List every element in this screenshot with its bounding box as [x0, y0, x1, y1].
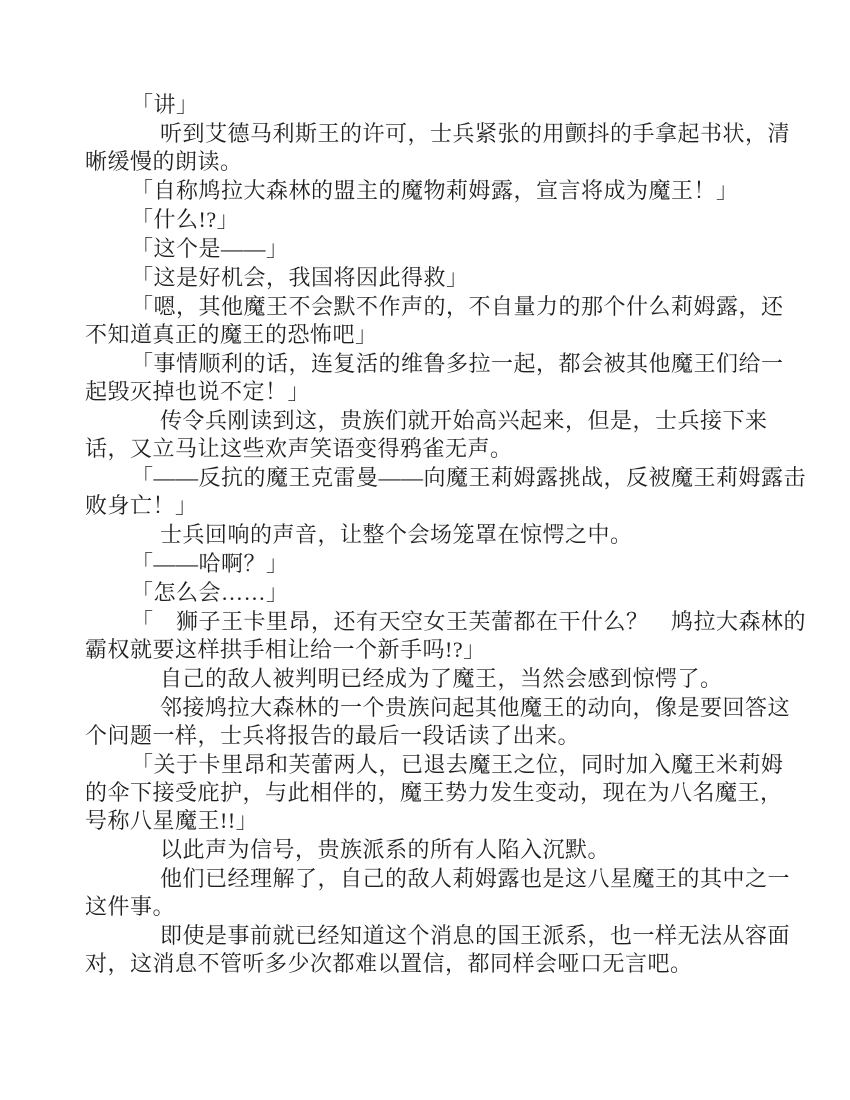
paragraph: 「事情顺利的话，连复活的维鲁多拉一起，都会被其他魔王们给一起毁灭掉也说不定！」 [85, 350, 777, 406]
novel-page: 「讲」听到艾德马利斯王的许可，士兵紧张的用颤抖的手拿起书状，清晰缓慢的朗读。「自… [0, 0, 850, 1100]
paragraph: 他们已经理解了，自己的敌人莉姆露也是这八星魔王的其中之一这件事。 [85, 865, 777, 921]
paragraph: 自己的敌人被判明已经成为了魔王，当然会感到惊愕了。 [85, 665, 777, 693]
paragraph: 「这是好机会，我国将因此得救」 [85, 264, 777, 292]
text-line: 不知道真正的魔王的恐怖吧」 [85, 321, 777, 349]
text-line: 听到艾德马利斯王的许可，士兵紧张的用颤抖的手拿起书状，清 [85, 120, 777, 148]
text-line: 「事情顺利的话，连复活的维鲁多拉一起，都会被其他魔王们给一 [85, 350, 777, 378]
text-line: 「自称鸠拉大森林的盟主的魔物莉姆露，宣言将成为魔王！」 [85, 177, 777, 205]
paragraph: 「自称鸠拉大森林的盟主的魔物莉姆露，宣言将成为魔王！」 [85, 177, 777, 205]
text-line: 对，这消息不管听多少次都难以置信，都同样会哑口无言吧。 [85, 950, 777, 978]
text-line: 「——反抗的魔王克雷曼——向魔王莉姆露挑战，反被魔王莉姆露击 [85, 464, 777, 492]
paragraph: 士兵回响的声音，让整个会场笼罩在惊愕之中。 [85, 521, 777, 549]
text-line: 自己的敌人被判明已经成为了魔王，当然会感到惊愕了。 [85, 665, 777, 693]
paragraph: 即使是事前就已经知道这个消息的国王派系，也一样无法从容面对，这消息不管听多少次都… [85, 922, 777, 978]
text-line: 他们已经理解了，自己的敌人莉姆露也是这八星魔王的其中之一 [85, 865, 777, 893]
paragraph: 「——反抗的魔王克雷曼——向魔王莉姆露挑战，反被魔王莉姆露击败身亡！」 [85, 464, 777, 520]
paragraph: 邻接鸠拉大森林的一个贵族问起其他魔王的动向，像是要回答这个问题一样，士兵将报告的… [85, 694, 777, 750]
text-line: 「——哈啊？」 [85, 550, 777, 578]
text-line: 个问题一样，士兵将报告的最后一段话读了出来。 [85, 722, 777, 750]
text-line: 号称八星魔王!!」 [85, 807, 777, 835]
text-line: 「怎么会……」 [85, 579, 777, 607]
text-line: 晰缓慢的朗读。 [85, 148, 777, 176]
text-line: 话，又立马让这些欢声笑语变得鸦雀无声。 [85, 435, 777, 463]
text-line: 「这是好机会，我国将因此得救」 [85, 264, 777, 292]
text-line: 士兵回响的声音，让整个会场笼罩在惊愕之中。 [85, 521, 777, 549]
paragraph: 「讲」 [85, 91, 777, 119]
text-line: 「这个是——」 [85, 235, 777, 263]
text-line: 「嗯，其他魔王不会默不作声的，不自量力的那个什么莉姆露，还 [85, 293, 777, 321]
text-line: 败身亡！」 [85, 492, 777, 520]
paragraph: 「关于卡里昂和芙蕾两人，已退去魔王之位，同时加入魔王米莉姆的伞下接受庇护，与此相… [85, 751, 777, 835]
text-body: 「讲」听到艾德马利斯王的许可，士兵紧张的用颤抖的手拿起书状，清晰缓慢的朗读。「自… [85, 91, 777, 979]
paragraph: 「什么!?」 [85, 206, 777, 234]
text-line: 以此声为信号，贵族派系的所有人陷入沉默。 [85, 836, 777, 864]
text-line: 这件事。 [85, 893, 777, 921]
text-line: 霸权就要这样拱手相让给一个新手吗!?」 [85, 636, 777, 664]
paragraph: 听到艾德马利斯王的许可，士兵紧张的用颤抖的手拿起书状，清晰缓慢的朗读。 [85, 120, 777, 176]
text-line: 传令兵刚读到这，贵族们就开始高兴起来，但是，士兵接下来 [85, 407, 777, 435]
text-line: 「 狮子王卡里昂，还有天空女王芙蕾都在干什么？ 鸠拉大森林的 [85, 608, 777, 636]
text-line: 起毁灭掉也说不定！」 [85, 378, 777, 406]
text-line: 即使是事前就已经知道这个消息的国王派系，也一样无法从容面 [85, 922, 777, 950]
paragraph: 「——哈啊？」 [85, 550, 777, 578]
paragraph: 传令兵刚读到这，贵族们就开始高兴起来，但是，士兵接下来话，又立马让这些欢声笑语变… [85, 407, 777, 463]
document-page: { "page": { "background_color": "#ffffff… [0, 0, 850, 1100]
paragraph: 「嗯，其他魔王不会默不作声的，不自量力的那个什么莉姆露，还不知道真正的魔王的恐怖… [85, 293, 777, 349]
text-line: 「什么!?」 [85, 206, 777, 234]
text-line: 「关于卡里昂和芙蕾两人，已退去魔王之位，同时加入魔王米莉姆 [85, 751, 777, 779]
paragraph: 以此声为信号，贵族派系的所有人陷入沉默。 [85, 836, 777, 864]
text-line: 「讲」 [85, 91, 777, 119]
text-line: 的伞下接受庇护，与此相伴的，魔王势力发生变动，现在为八名魔王， [85, 779, 777, 807]
paragraph: 「怎么会……」 [85, 579, 777, 607]
paragraph: 「这个是——」 [85, 235, 777, 263]
paragraph: 「 狮子王卡里昂，还有天空女王芙蕾都在干什么？ 鸠拉大森林的霸权就要这样拱手相让… [85, 608, 777, 664]
text-line: 邻接鸠拉大森林的一个贵族问起其他魔王的动向，像是要回答这 [85, 694, 777, 722]
